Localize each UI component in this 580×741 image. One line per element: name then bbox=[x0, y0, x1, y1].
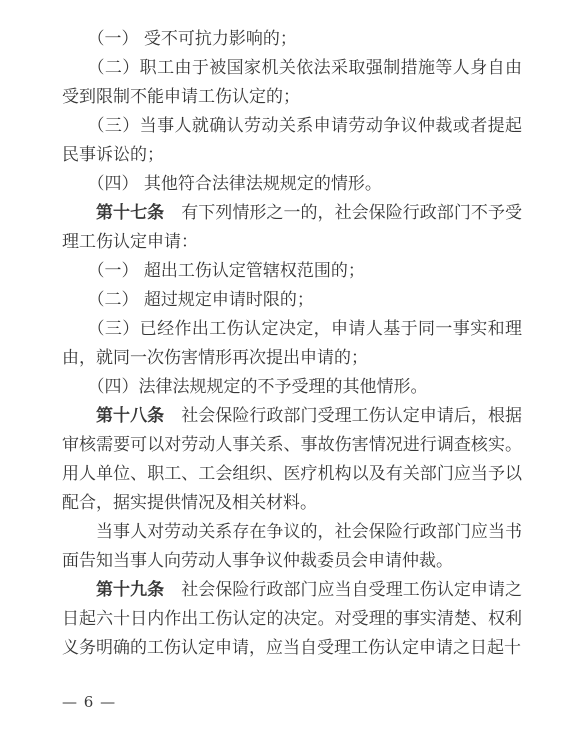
paragraph-text: （三）已经作出工伤认定决定，申请人基于同一事实和理由，就同一次伤害情形再次提出申… bbox=[62, 319, 522, 368]
clause-item: （一） 受不可抗力影响的； bbox=[62, 25, 522, 54]
paragraph: 当事人对劳动关系存在争议的，社会保险行政部门应当书面告知当事人向劳动人事争议仲裁… bbox=[62, 518, 522, 576]
clause-item: （四） 其他符合法律法规规定的情形。 bbox=[62, 170, 522, 199]
clause-item: （三）已经作出工伤认定决定，申请人基于同一事实和理由，就同一次伤害情形再次提出申… bbox=[62, 315, 522, 373]
article-paragraph: 第十九条社会保险行政部门应当自受理工伤认定申请之日起六十日内作出工伤认定的决定。… bbox=[62, 576, 522, 663]
paragraph-text: （二）职工由于被国家机关依法采取强制措施等人身自由受到限制不能申请工伤认定的； bbox=[62, 58, 522, 107]
article-paragraph: 第十八条社会保险行政部门受理工伤认定申请后，根据审核需要可以对劳动人事关系、事故… bbox=[62, 402, 522, 518]
article-number: 第十七条 bbox=[96, 203, 164, 223]
paragraph-text: （四）法律法规规定的不予受理的其他情形。 bbox=[88, 377, 428, 397]
article-paragraph: 第十七条有下列情形之一的，社会保险行政部门不予受理工伤认定申请： bbox=[62, 199, 522, 257]
article-number: 第十九条 bbox=[96, 580, 164, 600]
clause-item: （三）当事人就确认劳动关系申请劳动争议仲裁或者提起民事诉讼的； bbox=[62, 112, 522, 170]
page-footer: — 6 — bbox=[62, 693, 116, 711]
article-number: 第十八条 bbox=[96, 406, 164, 426]
paragraph-text: （一） 受不可抗力影响的； bbox=[88, 29, 297, 49]
clause-item: （二）职工由于被国家机关依法采取强制措施等人身自由受到限制不能申请工伤认定的； bbox=[62, 54, 522, 112]
paragraph-text: （一） 超出工伤认定管辖权范围的； bbox=[88, 261, 365, 281]
paragraph-text: （二） 超过规定申请时限的； bbox=[88, 290, 314, 310]
paragraph-text: （三）当事人就确认劳动关系申请劳动争议仲裁或者提起民事诉讼的； bbox=[62, 116, 522, 165]
paragraph-text: 当事人对劳动关系存在争议的，社会保险行政部门应当书面告知当事人向劳动人事争议仲裁… bbox=[62, 522, 522, 571]
document-body: （一） 受不可抗力影响的；（二）职工由于被国家机关依法采取强制措施等人身自由受到… bbox=[62, 25, 522, 663]
document-page: （一） 受不可抗力影响的；（二）职工由于被国家机关依法采取强制措施等人身自由受到… bbox=[0, 0, 580, 741]
paragraph-text: （四） 其他符合法律法规规定的情形。 bbox=[88, 174, 382, 194]
clause-item: （四）法律法规规定的不予受理的其他情形。 bbox=[62, 373, 522, 402]
clause-item: （一） 超出工伤认定管辖权范围的； bbox=[62, 257, 522, 286]
page-number: — 6 — bbox=[62, 693, 116, 711]
clause-item: （二） 超过规定申请时限的； bbox=[62, 286, 522, 315]
